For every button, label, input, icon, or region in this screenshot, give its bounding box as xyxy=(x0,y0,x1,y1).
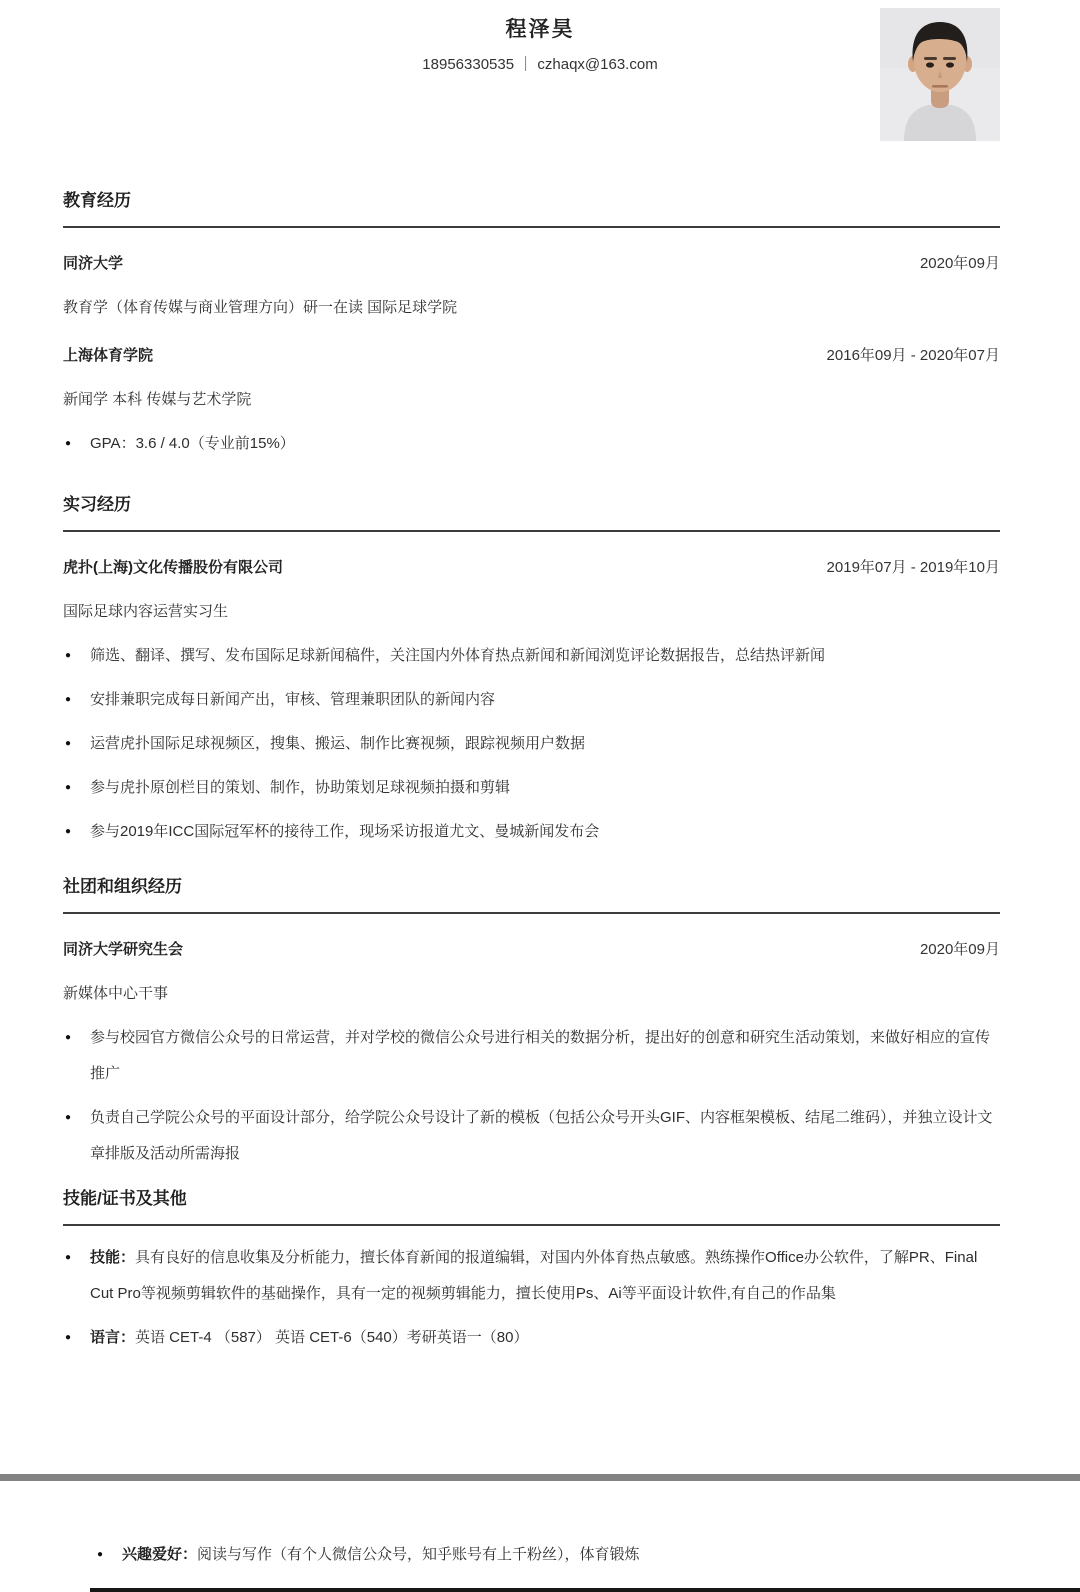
portrait-photo-illustration xyxy=(880,8,1000,141)
bullet-item: 筛选、翻译、撰写、发布国际足球新闻稿件，关注国内外体育热点新闻和新闻浏览评论数据… xyxy=(63,638,1000,674)
skill-label: 技能： xyxy=(90,1249,135,1266)
section-organizations: 社团和组织经历 同济大学研究生会 2020年09月 新媒体中心干事 参与校园官方… xyxy=(63,874,1000,1172)
entry-header-row: 上海体育学院 2016年09月 - 2020年07月 xyxy=(63,344,1000,368)
page-break-divider xyxy=(0,1474,1080,1481)
organization-entry: 同济大学研究生会 2020年09月 新媒体中心干事 参与校园官方微信公众号的日常… xyxy=(63,938,1000,1172)
entry-description: 教育学（体育传媒与商业管理方向）研一在读 国际足球学院 xyxy=(63,296,1000,320)
school-name: 同济大学 xyxy=(63,252,123,276)
entry-header-row: 虎扑(上海)文化传播股份有限公司 2019年07月 - 2019年10月 xyxy=(63,556,1000,580)
entry-date: 2020年09月 xyxy=(920,938,1000,962)
hobby-text: 阅读与写作（有个人微信公众号，知乎账号有上千粉丝），体育锻炼 xyxy=(197,1546,640,1563)
section-internship: 实习经历 虎扑(上海)文化传播股份有限公司 2019年07月 - 2019年10… xyxy=(63,492,1000,850)
organization-name: 同济大学研究生会 xyxy=(63,938,183,962)
bullet-item: 参与校园官方微信公众号的日常运营，并对学校的微信公众号进行相关的数据分析，提出好… xyxy=(63,1020,1000,1092)
education-entry: 同济大学 2020年09月 教育学（体育传媒与商业管理方向）研一在读 国际足球学… xyxy=(63,252,1000,320)
entry-date: 2016年09月 - 2020年07月 xyxy=(827,344,1000,368)
bullet-item-hobbies: 兴趣爱好：阅读与写作（有个人微信公众号，知乎账号有上千粉丝），体育锻炼 xyxy=(95,1540,1015,1570)
section-title-education: 教育经历 xyxy=(63,188,1000,228)
education-entry: 上海体育学院 2016年09月 - 2020年07月 新闻学 本科 传媒与艺术学… xyxy=(63,344,1000,462)
school-name: 上海体育学院 xyxy=(63,344,153,368)
bullet-item: 参与2019年ICC国际冠军杯的接待工作，现场采访报道尤文、曼城新闻发布会 xyxy=(63,814,1000,850)
entry-header-row: 同济大学研究生会 2020年09月 xyxy=(63,938,1000,962)
bottom-bar xyxy=(90,1588,1080,1592)
resume-content: 教育经历 同济大学 2020年09月 教育学（体育传媒与商业管理方向）研一在读 … xyxy=(0,188,1080,1356)
bullet-item-languages: 语言：英语 CET-4 （587） 英语 CET-6（540）考研英语一（80） xyxy=(63,1320,1000,1356)
entry-bullet-list: GPA：3.6 / 4.0（专业前15%） xyxy=(63,426,1000,462)
entry-header-row: 同济大学 2020年09月 xyxy=(63,252,1000,276)
section-education: 教育经历 同济大学 2020年09月 教育学（体育传媒与商业管理方向）研一在读 … xyxy=(63,188,1000,462)
bullet-item: 安排兼职完成每日新闻产出，审核、管理兼职团队的新闻内容 xyxy=(63,682,1000,718)
resume-page: 程泽昊 18956330535 ｜ czhaqx@163.com xyxy=(0,0,1080,1592)
section-title-skills: 技能/证书及其他 xyxy=(63,1186,1000,1226)
resume-header: 程泽昊 18956330535 ｜ czhaqx@163.com xyxy=(0,0,1080,76)
section-skills: 技能/证书及其他 技能：具有良好的信息收集及分析能力，擅长体育新闻的报道编辑，对… xyxy=(63,1186,1000,1356)
language-text: 英语 CET-4 （587） 英语 CET-6（540）考研英语一（80） xyxy=(135,1329,528,1346)
bullet-item: 负责自己学院公众号的平面设计部分，给学院公众号设计了新的模板（包括公众号开头GI… xyxy=(63,1100,1000,1172)
section-hobbies: 兴趣爱好：阅读与写作（有个人微信公众号，知乎账号有上千粉丝），体育锻炼 xyxy=(95,1540,1015,1570)
entry-bullet-list: 参与校园官方微信公众号的日常运营，并对学校的微信公众号进行相关的数据分析，提出好… xyxy=(63,1020,1000,1172)
portrait-photo xyxy=(880,8,1000,141)
entry-date: 2019年07月 - 2019年10月 xyxy=(827,556,1000,580)
entry-date: 2020年09月 xyxy=(920,252,1000,276)
language-label: 语言： xyxy=(90,1329,135,1346)
section-title-internship: 实习经历 xyxy=(63,492,1000,532)
entry-description: 国际足球内容运营实习生 xyxy=(63,600,1000,624)
company-name: 虎扑(上海)文化传播股份有限公司 xyxy=(63,556,283,580)
hobby-label: 兴趣爱好： xyxy=(122,1546,197,1563)
bullet-item: GPA：3.6 / 4.0（专业前15%） xyxy=(63,426,1000,462)
entry-description: 新闻学 本科 传媒与艺术学院 xyxy=(63,388,1000,412)
entry-bullet-list: 筛选、翻译、撰写、发布国际足球新闻稿件，关注国内外体育热点新闻和新闻浏览评论数据… xyxy=(63,638,1000,850)
skills-bullet-list: 技能：具有良好的信息收集及分析能力，擅长体育新闻的报道编辑，对国内外体育热点敏感… xyxy=(63,1240,1000,1356)
internship-entry: 虎扑(上海)文化传播股份有限公司 2019年07月 - 2019年10月 国际足… xyxy=(63,556,1000,850)
section-title-organizations: 社团和组织经历 xyxy=(63,874,1000,914)
skill-text: 具有良好的信息收集及分析能力，擅长体育新闻的报道编辑，对国内外体育热点敏感。熟练… xyxy=(90,1249,977,1302)
entry-description: 新媒体中心干事 xyxy=(63,982,1000,1006)
bullet-item: 参与虎扑原创栏目的策划、制作，协助策划足球视频拍摄和剪辑 xyxy=(63,770,1000,806)
bullet-item-skills: 技能：具有良好的信息收集及分析能力，擅长体育新闻的报道编辑，对国内外体育热点敏感… xyxy=(63,1240,1000,1312)
bullet-item: 运营虎扑国际足球视频区，搜集、搬运、制作比赛视频，跟踪视频用户数据 xyxy=(63,726,1000,762)
